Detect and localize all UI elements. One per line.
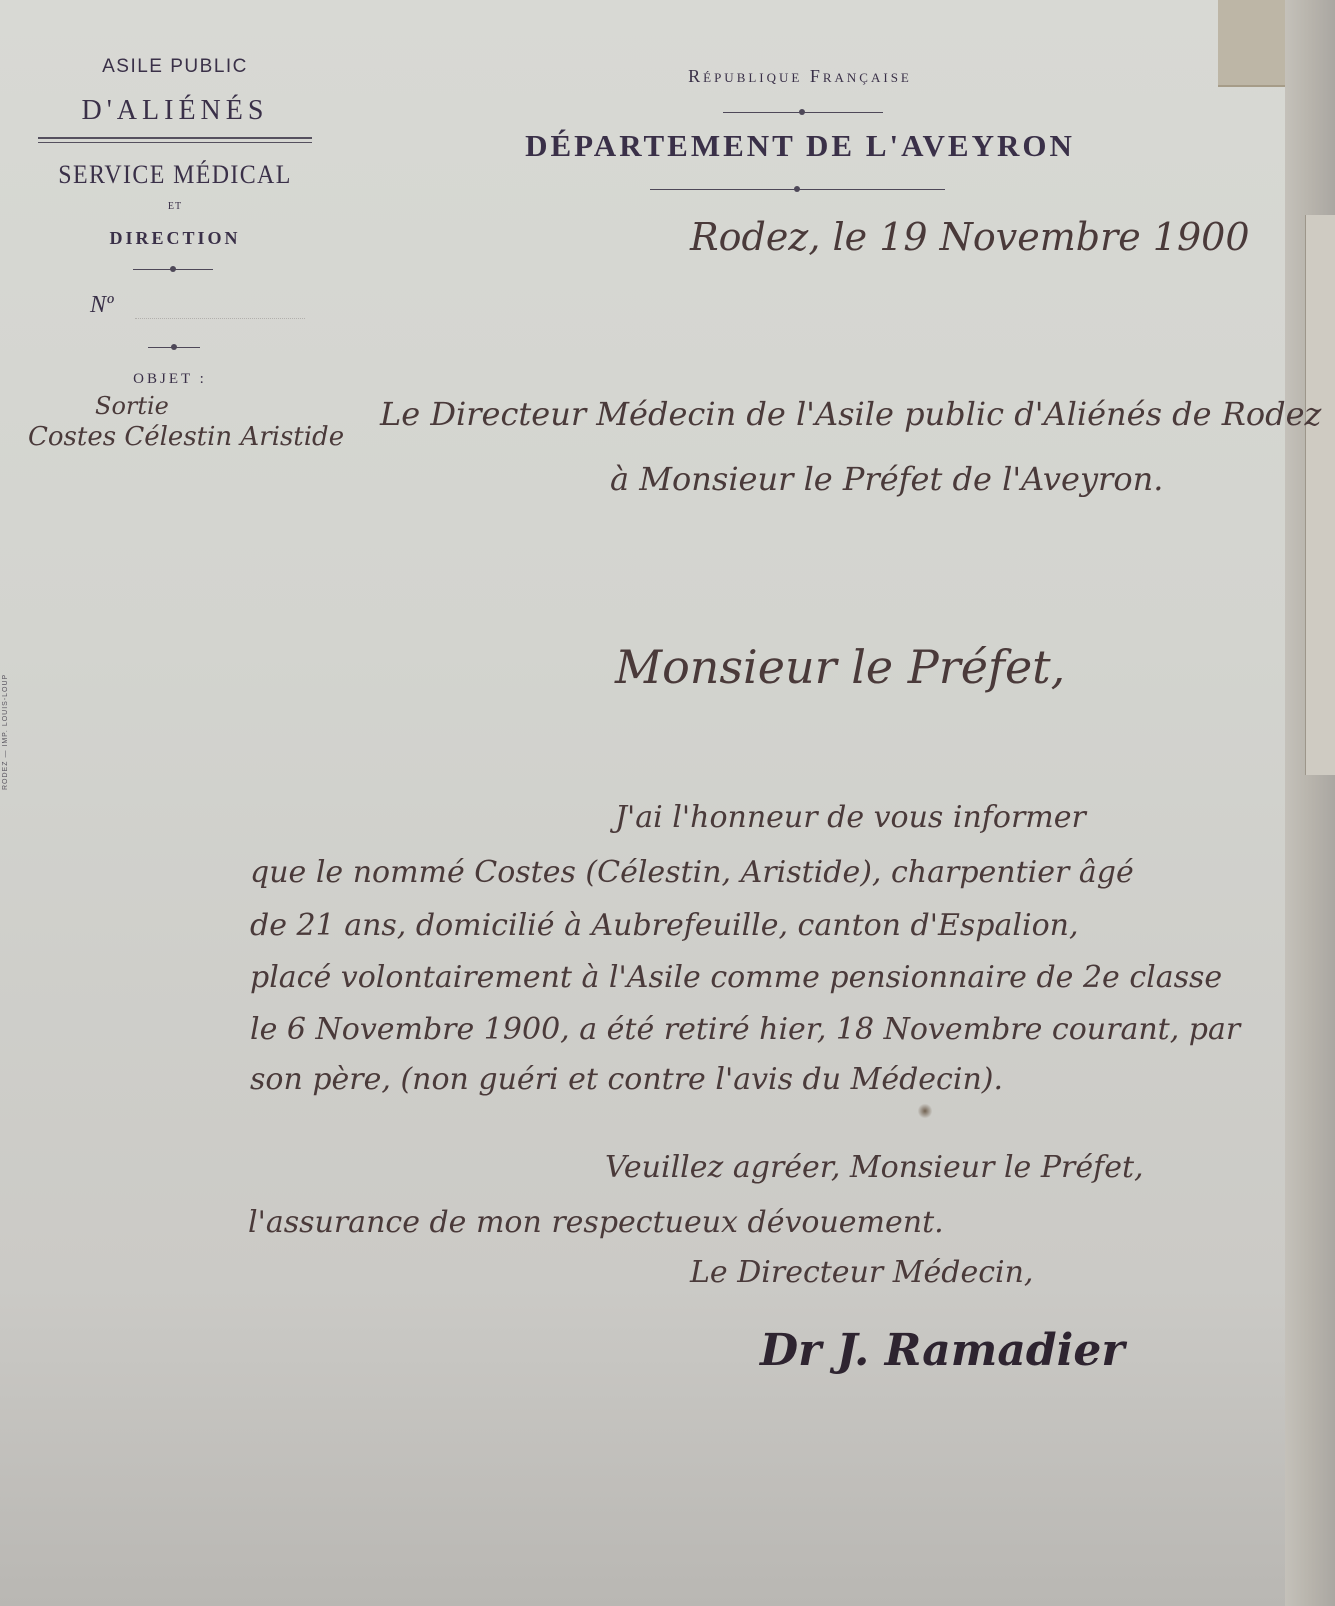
signoff: Le Directeur Médecin, bbox=[690, 1255, 1033, 1290]
double-rule-top bbox=[38, 137, 312, 139]
closing-line1: Veuillez agréer, Monsieur le Préfet, bbox=[605, 1150, 1144, 1185]
date-line: Rodez, le 19 Novembre 1900 bbox=[690, 215, 1250, 259]
salutation: Monsieur le Préfet, bbox=[615, 640, 1065, 694]
ornament-dot-icon bbox=[171, 344, 177, 350]
object-value-line2: Costes Célestin Aristide bbox=[28, 422, 344, 452]
header-department: DÉPARTEMENT DE L'AVEYRON bbox=[420, 128, 1180, 164]
ink-stain bbox=[918, 1103, 932, 1119]
ornament-dot-icon bbox=[170, 266, 176, 272]
body-line: de 21 ans, domicilié à Aubrefeuille, can… bbox=[250, 908, 1079, 943]
object-label: OBJET : bbox=[90, 371, 250, 388]
number-blank-line bbox=[135, 318, 305, 319]
closing-line2: l'assurance de mon respectueux dévouemen… bbox=[248, 1205, 944, 1240]
signature: Dr J. Ramadier bbox=[760, 1325, 1125, 1376]
body-line: son père, (non guéri et contre l'avis du… bbox=[250, 1062, 1003, 1097]
object-value-line1: Sortie bbox=[95, 392, 169, 420]
address-to: à Monsieur le Préfet de l'Aveyron. bbox=[610, 460, 1163, 498]
ornament-star-icon bbox=[799, 109, 805, 115]
number-label: Nº bbox=[90, 292, 140, 319]
double-rule-bottom bbox=[38, 142, 312, 143]
letterhead-institution-line2: D'ALIÉNÉS bbox=[40, 95, 310, 127]
printer-mark: RODEZ — IMP. LOUIS-LOUP bbox=[2, 674, 9, 790]
body-line: placé volontairement à l'Asile comme pen… bbox=[250, 960, 1222, 995]
header-republic: République Française bbox=[520, 66, 1080, 87]
body-line: le 6 Novembre 1900, a été retiré hier, 1… bbox=[250, 1012, 1240, 1047]
underlying-sheet bbox=[1305, 215, 1335, 775]
body-line: que le nommé Costes (Célestin, Aristide)… bbox=[250, 855, 1134, 890]
letterhead-service: SERVICE MÉDICAL bbox=[42, 160, 309, 190]
letterhead-conjunction: ET bbox=[140, 201, 210, 212]
ornament-star-icon bbox=[794, 186, 800, 192]
body-line: J'ai l'honneur de vous informer bbox=[615, 800, 1086, 835]
letterhead-direction: DIRECTION bbox=[60, 228, 290, 249]
address-from: Le Directeur Médecin de l'Asile public d… bbox=[380, 395, 1321, 433]
letterhead-institution-line1: ASILE PUBLIC bbox=[60, 56, 290, 78]
